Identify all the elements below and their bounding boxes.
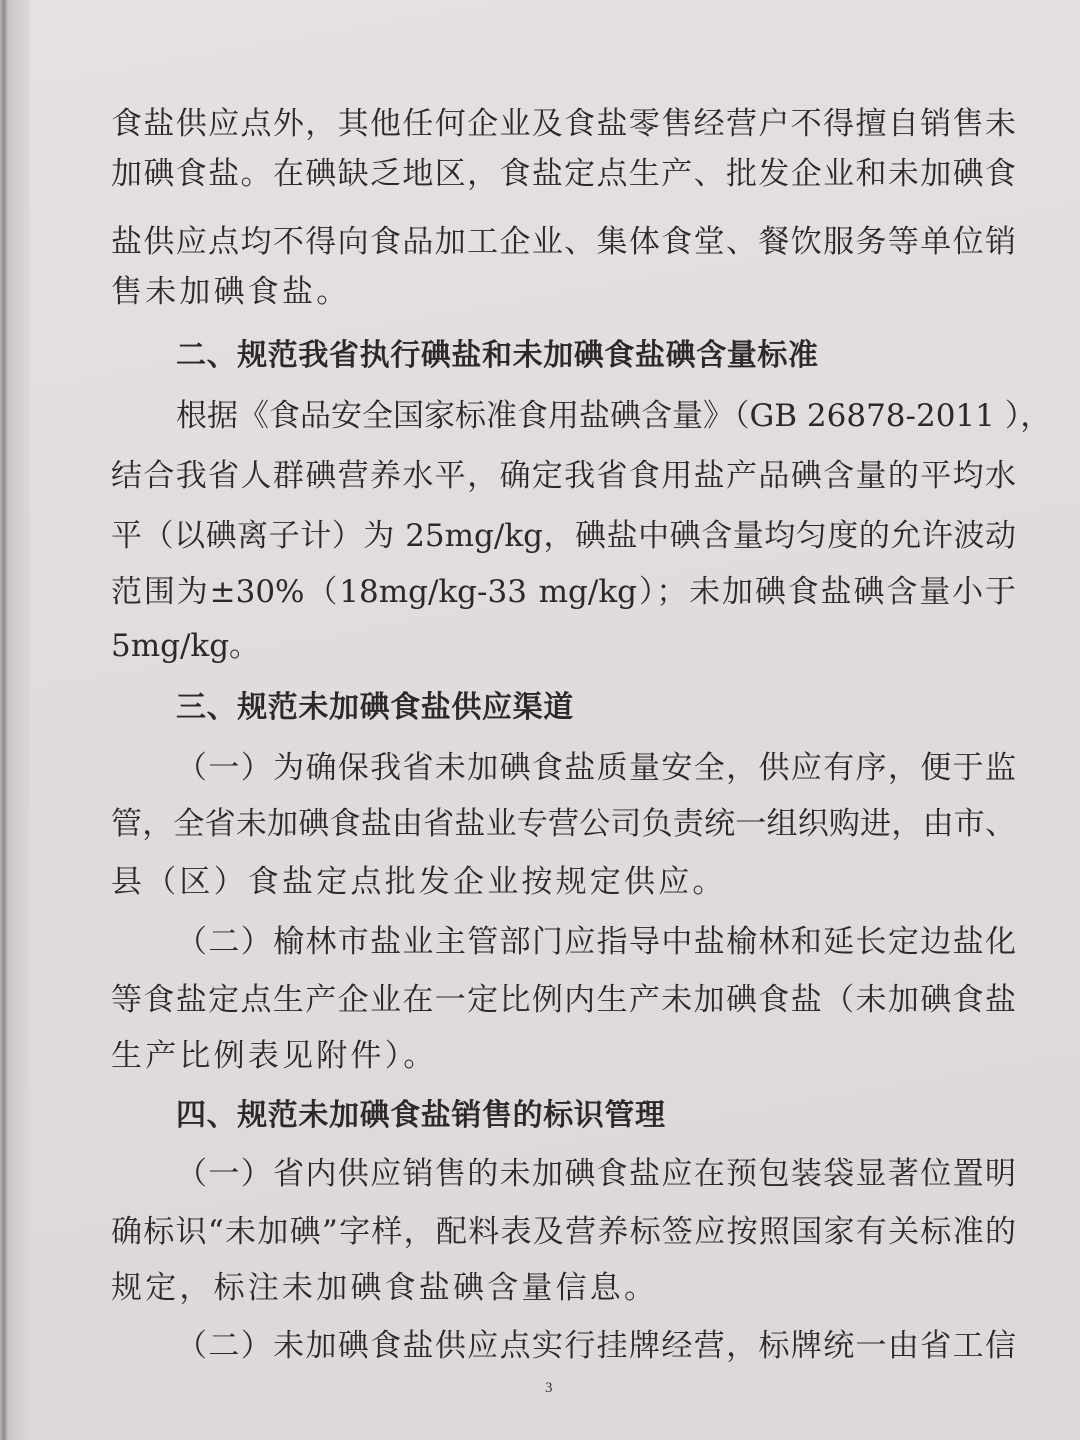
paragraph-line: （二）榆林市盐业主管部门应指导中盐榆林和延长定边盐化 (176, 922, 1016, 962)
page-number: 3 (545, 1380, 553, 1397)
paragraph-line: 盐供应点均不得向食品加工企业、集体食堂、餐饮服务等单位销 (111, 222, 1016, 262)
paragraph-line: 加碘食盐。在碘缺乏地区，食盐定点生产、批发企业和未加碘食 (111, 154, 1016, 194)
paragraph-line: 管，全省未加碘食盐由省盐业专营公司负责统一组织购进，由市、 (111, 804, 1016, 844)
paragraph-line: 5mg/kg。 (111, 626, 1016, 666)
paragraph-line: 规定，标注未加碘食盐碘含量信息。 (111, 1268, 1016, 1308)
paragraph-line: （二）未加碘食盐供应点实行挂牌经营，标牌统一由省工信 (176, 1326, 1016, 1366)
paragraph-line: 平（以碘离子计）为 25mg/kg，碘盐中碘含量均匀度的允许波动 (111, 516, 1016, 556)
section-heading-3: 三、规范未加碘食盐供应渠道 (176, 688, 1016, 728)
section-heading-4: 四、规范未加碘食盐销售的标识管理 (176, 1096, 1016, 1136)
book-gutter (0, 0, 30, 1440)
paragraph-line: 确标识“未加碘”字样，配料表及营养标签应按照国家有关标准的 (111, 1212, 1016, 1252)
section-heading-2: 二、规范我省执行碘盐和未加碘食盐碘含量标准 (176, 336, 1016, 376)
paragraph-line: 县（区）食盐定点批发企业按规定供应。 (111, 862, 1016, 902)
paragraph-line: （一）省内供应销售的未加碘食盐应在预包装袋显著位置明 (176, 1154, 1016, 1194)
paragraph-line: 生产比例表见附件）。 (111, 1036, 1016, 1076)
paragraph-line: 食盐供应点外，其他任何企业及食盐零售经营户不得擅自销售未 (111, 104, 1016, 144)
paragraph-line: 范围为±30%（18mg/kg-33 mg/kg）；未加碘食盐碘含量小于 (111, 572, 1016, 612)
paragraph-line: 根据《食品安全国家标准食用盐碘含量》（GB 26878-2011 ）， (176, 396, 1016, 436)
paragraph-line: 等食盐定点生产企业在一定比例内生产未加碘食盐（未加碘食盐 (111, 980, 1016, 1020)
paragraph-line: 售未加碘食盐。 (111, 272, 1016, 312)
paragraph-line: （一）为确保我省未加碘食盐质量安全，供应有序，便于监 (176, 748, 1016, 788)
paragraph-line: 结合我省人群碘营养水平，确定我省食用盐产品碘含量的平均水 (111, 456, 1016, 496)
